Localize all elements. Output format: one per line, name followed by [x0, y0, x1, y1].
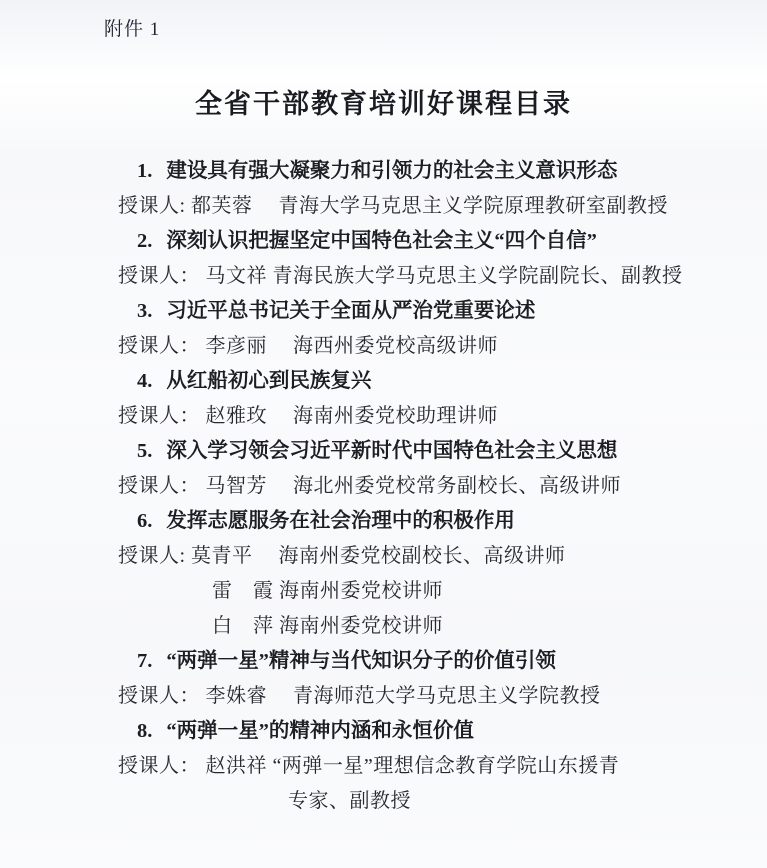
course-number: 2. — [137, 224, 152, 259]
course-title-text: “两弹一星”的精神内涵和永恒价值 — [166, 720, 474, 742]
course-title: 6.发挥志愿服务在社会治理中的积极作用 — [115, 504, 727, 539]
course-number: 1. — [137, 154, 152, 189]
course-title-text: 建设具有强大凝聚力和引领力的社会主义意识形态 — [166, 160, 617, 182]
instructor-line: 雷 霞 海南州委党校讲师 — [115, 574, 727, 609]
course-title: 1.建设具有强大凝聚力和引领力的社会主义意识形态 — [115, 154, 727, 189]
course-title-text: 从红船初心到民族复兴 — [166, 370, 371, 392]
instructor-line: 授课人： 马文祥 青海民族大学马克思主义学院副院长、副教授 — [115, 259, 727, 294]
course-number: 3. — [137, 294, 152, 329]
course-title-text: 习近平总书记关于全面从严治党重要论述 — [166, 300, 535, 322]
instructor-line: 授课人： 赵洪祥 “两弹一星”理想信念教育学院山东援青 — [115, 749, 727, 784]
course-number: 8. — [137, 714, 152, 749]
course-list: 1.建设具有强大凝聚力和引领力的社会主义意识形态 授课人: 都芙蓉 青海大学马克… — [115, 154, 727, 819]
instructor-line: 授课人: 都芙蓉 青海大学马克思主义学院原理教研室副教授 — [115, 189, 727, 224]
course-title: 8.“两弹一星”的精神内涵和永恒价值 — [115, 714, 727, 749]
instructor-line: 授课人: 莫青平 海南州委党校副校长、高级讲师 — [115, 539, 727, 574]
course-title: 3.习近平总书记关于全面从严治党重要论述 — [115, 294, 727, 329]
instructor-line: 授课人： 李姝睿 青海师范大学马克思主义学院教授 — [115, 679, 727, 714]
course-number: 7. — [137, 644, 152, 679]
course-title: 4.从红船初心到民族复兴 — [115, 364, 727, 399]
document-page: 附件 1 全省干部教育培训好课程目录 1.建设具有强大凝聚力和引领力的社会主义意… — [0, 0, 767, 868]
instructor-line: 白 萍 海南州委党校讲师 — [115, 609, 727, 644]
course-title: 2.深刻认识把握坚定中国特色社会主义“四个自信” — [115, 224, 727, 259]
instructor-line: 授课人： 李彦丽 海西州委党校高级讲师 — [115, 329, 727, 364]
course-number: 5. — [137, 434, 152, 469]
instructor-line: 授课人： 赵雅玫 海南州委党校助理讲师 — [115, 399, 727, 434]
instructor-line-continuation: 专家、副教授 — [115, 784, 727, 819]
course-number: 4. — [137, 364, 152, 399]
course-title-text: 发挥志愿服务在社会治理中的积极作用 — [166, 510, 515, 532]
course-title-text: 深入学习领会习近平新时代中国特色社会主义思想 — [166, 440, 617, 462]
course-title: 5.深入学习领会习近平新时代中国特色社会主义思想 — [115, 434, 727, 469]
course-title-text: 深刻认识把握坚定中国特色社会主义“四个自信” — [166, 230, 597, 252]
instructor-line: 授课人： 马智芳 海北州委党校常务副校长、高级讲师 — [115, 469, 727, 504]
attachment-label: 附件 1 — [104, 14, 160, 41]
course-title: 7.“两弹一星”精神与当代知识分子的价值引领 — [115, 644, 727, 679]
page-title: 全省干部教育培训好课程目录 — [0, 82, 767, 121]
course-number: 6. — [137, 504, 152, 539]
course-title-text: “两弹一星”精神与当代知识分子的价值引领 — [166, 650, 556, 672]
